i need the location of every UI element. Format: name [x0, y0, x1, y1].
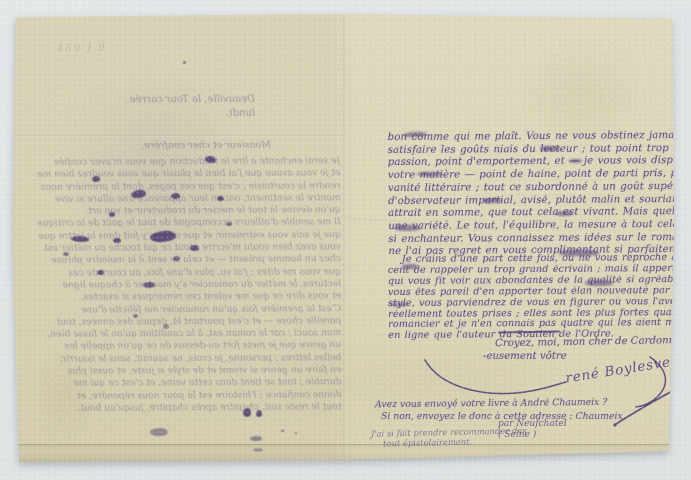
ink-blot	[63, 252, 69, 256]
ink-blot	[253, 448, 263, 452]
ink-blot	[133, 314, 138, 318]
scan-background: 469 J 9 Deauville, la Tour carrée.lundi.…	[0, 0, 691, 480]
ink-smudge	[394, 225, 420, 231]
text-line: Deauville, la Tour carrée.	[113, 93, 255, 108]
ink-smudge	[417, 172, 443, 176]
ink-blot	[109, 212, 115, 217]
bottom-fold	[13, 444, 674, 463]
ink-blot	[256, 410, 262, 417]
ink-blot	[243, 408, 251, 417]
ink-smudge	[585, 280, 613, 286]
bleedthrough-heading: Deauville, la Tour carrée.lundi.	[113, 93, 255, 122]
ink-blot	[217, 196, 224, 201]
ink-blot	[150, 428, 168, 436]
ink-blot	[281, 430, 284, 432]
text-line: lundi.	[113, 107, 255, 122]
ink-blot	[97, 270, 104, 275]
text-line: et je vous avoue que j'ai bien le plaisi…	[16, 167, 340, 181]
ink-smudge	[390, 302, 408, 307]
ink-smudge	[540, 146, 560, 151]
ink-blot	[92, 176, 100, 182]
letter-paragraph: bon comme qui me plaît. Vous ne vous obs…	[388, 130, 677, 259]
ink-smudge	[569, 159, 582, 163]
text-line: durable ; tout se tient dans cette veine…	[17, 376, 341, 390]
ink-blot	[171, 193, 180, 199]
archive-mark: 469 J 9	[57, 42, 107, 55]
ink-smudge	[402, 264, 418, 269]
letter-sheet: 469 J 9 Deauville, la Tour carrée.lundi.…	[13, 14, 674, 462]
ink-smudge	[483, 198, 501, 203]
ink-blot	[143, 282, 155, 288]
ink-blot	[250, 436, 262, 441]
ink-blot	[226, 222, 232, 226]
text-line: et vous dire ce que me valent ces remarq…	[17, 290, 341, 304]
letter-paragraph: Je crains d'une part cette fois, où ne v…	[388, 253, 677, 342]
ink-blot	[183, 61, 186, 64]
ink-smudge	[556, 211, 572, 216]
ink-blot	[295, 432, 297, 434]
ink-blot	[163, 324, 169, 329]
ink-blot	[113, 238, 121, 243]
ink-blot	[190, 245, 199, 251]
postscript-note: J'ai si fait prendre recommander destout…	[371, 426, 527, 449]
ink-smudge	[559, 250, 599, 256]
ink-blot	[173, 256, 180, 261]
bleedthrough-salutation: Monsieur et cher confrère,	[141, 140, 271, 152]
horizontal-crease	[13, 135, 345, 137]
paper-surface: 469 J 9 Deauville, la Tour carrée.lundi.…	[13, 14, 674, 462]
center-fold-crease	[343, 14, 346, 462]
text-line: tout le reste suit, chapitre après chapi…	[18, 401, 342, 415]
